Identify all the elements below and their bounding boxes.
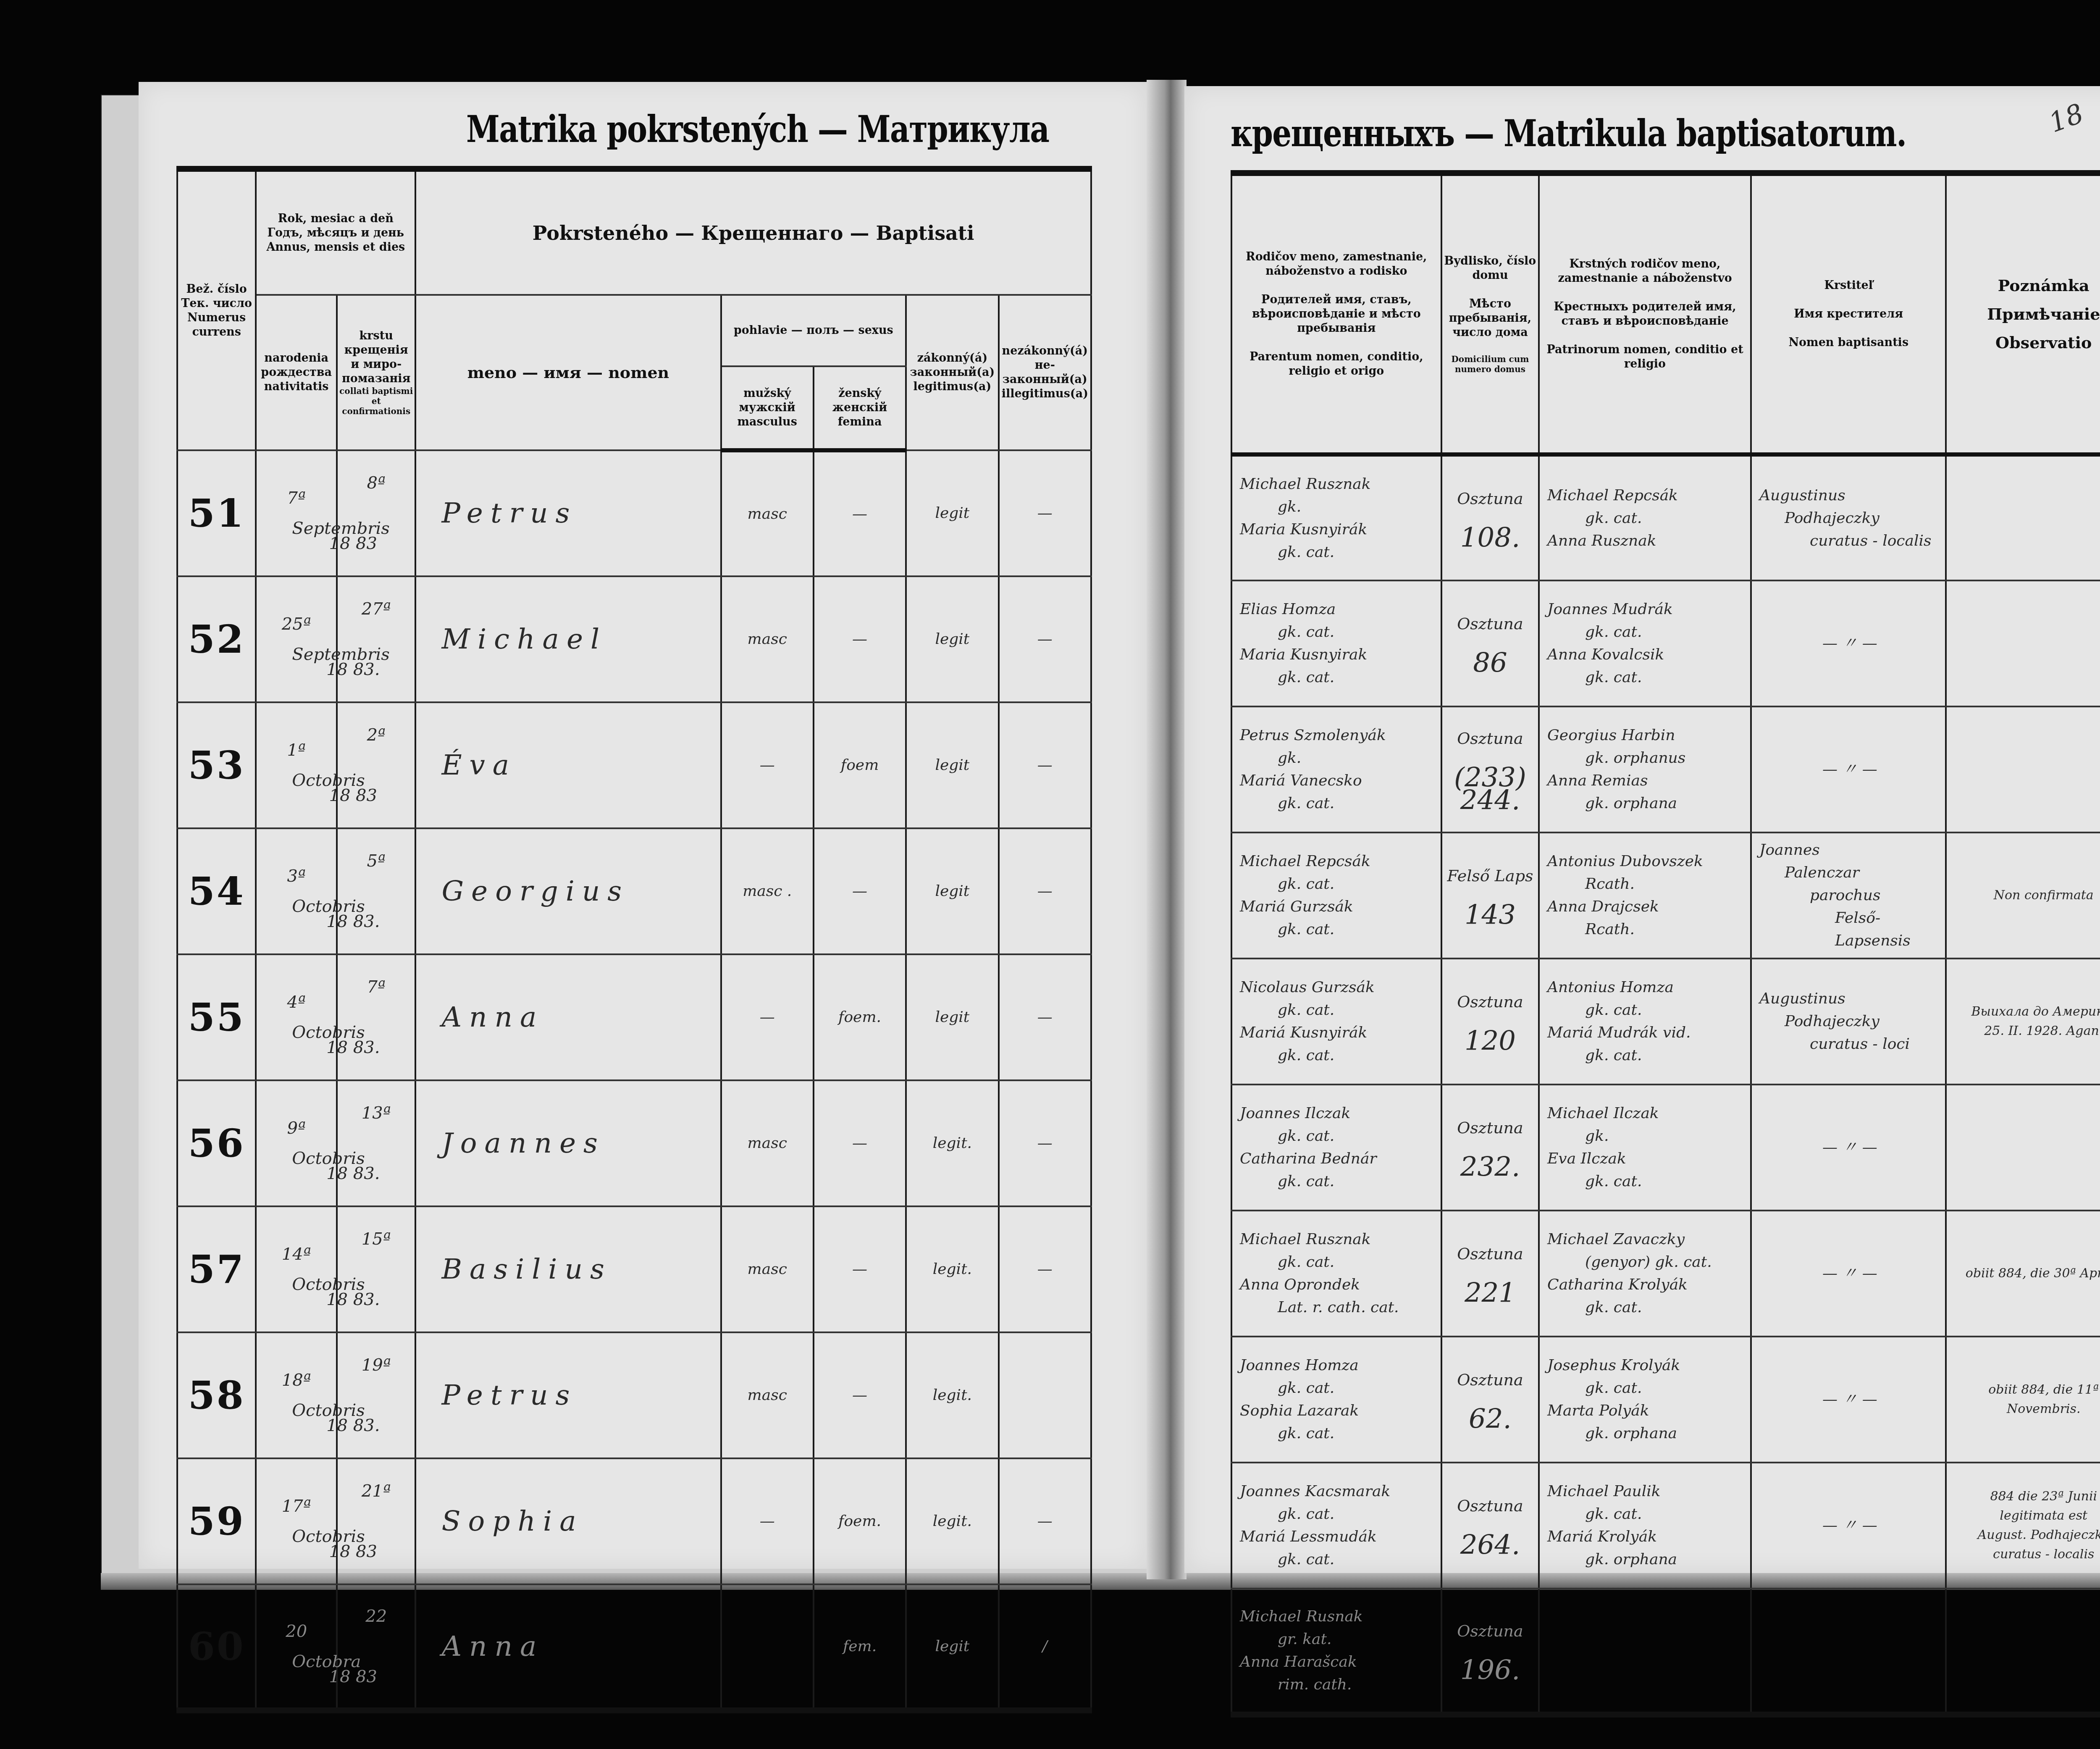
month: Octobra [292, 1647, 334, 1677]
domicile-cell: Osztuna 86 [1441, 580, 1539, 706]
birth-day: 18ª [258, 1365, 334, 1395]
illegitimate: — [999, 828, 1091, 954]
domicile-place: Osztuna [1457, 489, 1523, 508]
godparents-cell: Joannes Mudrákgk. cat.Anna Kovalcsikgk. … [1539, 580, 1751, 706]
domicile-cell: Osztuna 232. [1441, 1085, 1539, 1211]
birth-day: 4ª [258, 987, 334, 1017]
parents-cell: Michael Rusznakgk.Maria Kusnyirákgk. cat… [1231, 454, 1441, 580]
godparents-line: gk. [1547, 1125, 1748, 1148]
notes-cell [1946, 454, 2100, 580]
domicile-cell: Osztuna (233) 244. [1441, 706, 1539, 832]
parents-line: gk. cat. [1240, 1503, 1439, 1526]
illegitimate: — [999, 1206, 1091, 1332]
register-row-right: Michael Repcsákgk. cat.Mariá Gurzsákgk. … [1231, 832, 2100, 959]
baptiser-cell: — 〃 — [1751, 1337, 1946, 1463]
parents-cell: Joannes Ilczakgk. cat.Catharina Bednárgk… [1231, 1085, 1441, 1211]
parents-line: Anna Harašcak [1240, 1651, 1439, 1673]
right-page-title: крещенныхъ — Matrikula baptisatorum. [1231, 111, 1906, 155]
godparents-line: (genyor) gk. cat. [1547, 1251, 1748, 1274]
sex-male: masc [721, 1332, 814, 1458]
parents-line: Joannes Ilczak [1240, 1102, 1439, 1125]
parents-line: Nicolaus Gurzsák [1240, 976, 1439, 999]
godparents-cell: Josephus Krolyákgk. cat.Marta Polyákgk. … [1539, 1337, 1751, 1463]
baptiser-line: — 〃 — [1759, 1388, 1944, 1411]
header-illegit: nezákonný(á) не-законный(а) illegitimus(… [999, 295, 1091, 450]
domicile-place: Osztuna [1457, 993, 1523, 1011]
parents-line: gk. cat. [1240, 541, 1439, 564]
baptism-date-cell: 19ª 18 83. [337, 1332, 415, 1458]
baptism-day: 22 [339, 1601, 413, 1631]
legitimate: legit [906, 1584, 998, 1710]
baptiser-line: — 〃 — [1759, 758, 1944, 781]
godparents-line: Mariá Mudrák vid. [1547, 1022, 1748, 1044]
godparents-cell: Antonius Homzagk. cat.Mariá Mudrák vid.g… [1539, 959, 1751, 1085]
register-row-right: Michael Rusnakgr. kat.Anna Harašcakrim. … [1231, 1589, 2100, 1715]
house-number: 232. [1444, 1156, 1536, 1179]
month: Octobris [292, 1521, 334, 1552]
note-line: Выихала до Америки. [1948, 1002, 2100, 1022]
notes-cell [1946, 1085, 2100, 1211]
house-number: 264. [1444, 1534, 1536, 1557]
notes-cell [1946, 1589, 2100, 1715]
illegitimate: — [999, 450, 1091, 576]
house-number: 143 [1444, 904, 1536, 927]
godparents-line: Marta Polyák [1547, 1400, 1748, 1422]
parents-line: rim. cath. [1240, 1673, 1439, 1696]
parents-line: gk. cat. [1240, 1377, 1439, 1400]
baptiser-cell: — 〃 — [1751, 1211, 1946, 1337]
sex-female: foem [814, 702, 906, 828]
parents-line: Elias Homza [1240, 598, 1439, 621]
left-ledger-table: Bež. číslo Тек. число Numerus currens Ro… [176, 166, 1092, 1713]
parents-line: gk. cat. [1240, 666, 1439, 689]
parents-cell: Michael Rusnakgr. kat.Anna Harašcakrim. … [1231, 1589, 1441, 1715]
child-name: Éva [415, 702, 721, 828]
house-number: 120 [1444, 1030, 1536, 1053]
register-row-right: Joannes Homzagk. cat.Sophia Lazarakgk. c… [1231, 1337, 2100, 1463]
baptism-date-cell: 15ª 18 83. [337, 1206, 415, 1332]
parents-line: gk. cat. [1240, 873, 1439, 896]
sex-male: masc . [721, 828, 814, 954]
baptism-day: 8ª [339, 468, 413, 498]
baptiser-cell: AugustinusPodhajeczkycuratus - localis [1751, 454, 1946, 580]
house-number: 108. [1444, 527, 1536, 549]
sex-male: — [721, 954, 814, 1080]
note-line: curatus - localis [1948, 1545, 2100, 1564]
godparents-line: gk. cat. [1547, 621, 1748, 643]
register-row-right: Petrus Szmolenyákgk.Mariá Vanecskogk. ca… [1231, 706, 2100, 832]
sex-male: — [721, 702, 814, 828]
left-page: Matrika pokrstených — Матрикула Bež. čís… [139, 82, 1147, 1569]
baptiser-cell: — 〃 — [1751, 706, 1946, 832]
register-row-left: 60 20 Octobra 22 18 83 Annafem.legit/ [177, 1584, 1091, 1710]
godparents-cell: Georgius Harbingk. orphanusAnna Remiasgk… [1539, 706, 1751, 832]
row-number: 60 [177, 1584, 256, 1710]
domicile-place: Osztuna [1457, 1622, 1523, 1640]
domicile-place: Osztuna [1457, 1497, 1523, 1515]
parents-line: gk. cat. [1240, 918, 1439, 941]
notes-cell [1946, 706, 2100, 832]
register-row-left: 59 17ª Octobris 21ª 18 83 Sophia—foem.le… [177, 1458, 1091, 1584]
parents-line: gk. cat. [1240, 1170, 1439, 1193]
parents-line: Catharina Bednár [1240, 1148, 1439, 1170]
baptiser-line: Podhajeczky [1759, 1010, 1944, 1033]
sex-female: — [814, 1206, 906, 1332]
baptiser-line: Augustinus [1759, 484, 1944, 507]
register-row-right: Nicolaus Gurzsákgk. cat.Mariá Kusnyirákg… [1231, 959, 2100, 1085]
parents-line: gk. [1240, 496, 1439, 518]
child-name: Basilius [415, 1206, 721, 1332]
domicile-place: Felső Laps [1447, 867, 1533, 885]
godparents-line: Antonius Dubovszek [1547, 850, 1748, 873]
header-female: ženský женскій femina [814, 366, 906, 450]
baptism-date-cell: 22 18 83 [337, 1584, 415, 1710]
domicile-place: Osztuna [1457, 615, 1523, 633]
row-number: 55 [177, 954, 256, 1080]
child-name: Michael [415, 576, 721, 702]
register-row-right: Joannes Kacsmarakgk. cat.Mariá Lessmudák… [1231, 1463, 2100, 1589]
child-name: Petrus [415, 450, 721, 576]
sex-female: — [814, 828, 906, 954]
birth-day: 14ª [258, 1239, 334, 1269]
header-notes: Poznámka Примѣчаніе Observatio [1946, 173, 2100, 454]
sex-female: foem. [814, 954, 906, 1080]
legitimate: legit [906, 576, 998, 702]
godparents-line: gk. cat. [1547, 507, 1748, 530]
baptiser-cell: JoannesPalenczarparochusFelső-Lapsensis [1751, 832, 1946, 959]
parents-cell: Elias Homzagk. cat.Maria Kusnyirakgk. ca… [1231, 580, 1441, 706]
godparents-line: gk. orphanus [1547, 747, 1748, 769]
illegitimate: — [999, 1458, 1091, 1584]
notes-cell: Выихала до Америки.25. II. 1928. Agan. [1946, 959, 2100, 1085]
godparents-line: Rcath. [1547, 873, 1748, 896]
register-row-left: 53 1ª Octobris 2ª 18 83 Éva—foemlegit— [177, 702, 1091, 828]
notes-cell: obiit 884, die 30ª Aprilis [1946, 1211, 2100, 1337]
note-line: obiit 884, die 30ª Aprilis [1948, 1264, 2100, 1283]
house-number: 196. [1444, 1659, 1536, 1682]
header-parents: Rodičov meno, zamestnanie, náboženstvo a… [1231, 173, 1441, 454]
row-number: 58 [177, 1332, 256, 1458]
baptism-date-cell: 27ª 18 83. [337, 576, 415, 702]
note-line: August. Podhajeczky [1948, 1526, 2100, 1545]
parents-line: Lat. r. cath. cat. [1240, 1296, 1439, 1319]
baptiser-line: Palenczar [1759, 861, 1944, 884]
baptiser-cell: — 〃 — [1751, 580, 1946, 706]
parents-line: gk. cat. [1240, 1251, 1439, 1274]
header-legit: zákonný(á) законный(а) legitimus(a) [906, 295, 998, 450]
baptiser-line: curatus - loci [1759, 1033, 1944, 1056]
domicile-place: Osztuna [1457, 729, 1523, 748]
register-row-left: 57 14ª Octobris 15ª 18 83. Basiliusmasc—… [177, 1206, 1091, 1332]
sex-female: — [814, 576, 906, 702]
register-row-right: Michael Rusznakgk.Maria Kusnyirákgk. cat… [1231, 454, 2100, 580]
godparents-line: Joannes Mudrák [1547, 598, 1748, 621]
book-spine [1147, 80, 1186, 1579]
godparents-line: gk. orphana [1547, 1548, 1748, 1571]
sex-female: foem. [814, 1458, 906, 1584]
notes-cell: obiit 884, die 11ªNovembris. [1946, 1337, 2100, 1463]
birth-day: 17ª [258, 1491, 334, 1521]
domicile-place: Osztuna [1457, 1371, 1523, 1389]
godparents-line: Rcath. [1547, 918, 1748, 941]
godparents-cell [1539, 1589, 1751, 1715]
godparents-line: Mariá Krolyák [1547, 1526, 1748, 1548]
legitimate: legit. [906, 1080, 998, 1206]
parents-cell: Joannes Kacsmarakgk. cat.Mariá Lessmudák… [1231, 1463, 1441, 1589]
header-baptised-group: Pokrsteného — Крещеннаго — Baptisati [415, 169, 1091, 295]
header-name: meno — имя — nomen [415, 295, 721, 450]
parents-line: Joannes Kacsmarak [1240, 1480, 1439, 1503]
godparents-line: gk. orphana [1547, 792, 1748, 815]
baptiser-line: — 〃 — [1759, 1262, 1944, 1285]
baptiser-line: — 〃 — [1759, 1136, 1944, 1159]
note-line: obiit 884, die 11ª [1948, 1380, 2100, 1400]
godparents-line: Michael Paulik [1547, 1480, 1748, 1503]
parents-cell: Michael Repcsákgk. cat.Mariá Gurzsákgk. … [1231, 832, 1441, 959]
godparents-line: Anna Kovalcsik [1547, 643, 1748, 666]
godparents-line: Michael Zavaczky [1547, 1228, 1748, 1251]
illegitimate: — [999, 576, 1091, 702]
right-page: крещенныхъ — Matrikula baptisatorum. 18 … [1184, 86, 2100, 1573]
child-name: Georgius [415, 828, 721, 954]
parents-cell: Nicolaus Gurzsákgk. cat.Mariá Kusnyirákg… [1231, 959, 1441, 1085]
parents-line: Mariá Vanecsko [1240, 769, 1439, 792]
godparents-line: gk. cat. [1547, 1296, 1748, 1319]
godparents-line: gk. cat. [1547, 1377, 1748, 1400]
note-line: 25. II. 1928. Agan. [1948, 1022, 2100, 1041]
domicile-place: Osztuna [1457, 1119, 1523, 1137]
register-row-right: Elias Homzagk. cat.Maria Kusnyirakgk. ca… [1231, 580, 2100, 706]
baptism-date-cell: 8ª 18 83 [337, 450, 415, 576]
godparents-line: Josephus Krolyák [1547, 1354, 1748, 1377]
baptiser-line: Felső-Lapsensis [1759, 907, 1944, 952]
parents-line: Michael Rusznak [1240, 1228, 1439, 1251]
baptiser-cell: — 〃 — [1751, 1463, 1946, 1589]
domicile-cell: Osztuna 196. [1441, 1589, 1539, 1715]
notes-cell [1946, 580, 2100, 706]
godparents-cell: Michael Paulikgk. cat.Mariá Krolyákgk. o… [1539, 1463, 1751, 1589]
illegitimate: — [999, 1080, 1091, 1206]
baptiser-line: Podhajeczky [1759, 507, 1944, 530]
row-number: 59 [177, 1458, 256, 1584]
parents-line: gk. cat. [1240, 792, 1439, 815]
sex-male: masc [721, 450, 814, 576]
baptism-day: 19ª [339, 1350, 413, 1380]
domicile-cell: Osztuna 108. [1441, 454, 1539, 580]
baptism-day: 2ª [339, 720, 413, 750]
sex-female: — [814, 1080, 906, 1206]
house-number: 221 [1444, 1282, 1536, 1305]
left-page-title: Matrika pokrstených — Матрикула [466, 107, 1049, 151]
child-name: Anna [415, 1584, 721, 1710]
birth-day: 1ª [258, 735, 334, 765]
register-row-left: 54 3ª Octobris 5ª 18 83. Georgiusmasc .—… [177, 828, 1091, 954]
legitimate: legit [906, 450, 998, 576]
sex-female: — [814, 1332, 906, 1458]
header-numerus: Bež. číslo Тек. число Numerus currens [177, 169, 256, 450]
baptism-date-cell: 13ª 18 83. [337, 1080, 415, 1206]
parents-line: gk. cat. [1240, 1422, 1439, 1445]
godparents-line: Michael Ilczak [1547, 1102, 1748, 1125]
note-line: Novembris. [1948, 1400, 2100, 1419]
sex-male: masc [721, 576, 814, 702]
baptism-day: 27ª [339, 594, 413, 624]
baptism-day: 7ª [339, 972, 413, 1002]
godparents-line: Anna Drajcsek [1547, 896, 1748, 918]
baptiser-line: parochus [1759, 884, 1944, 907]
parents-line: Petrus Szmolenyák [1240, 724, 1439, 747]
parents-line: gk. [1240, 747, 1439, 769]
register-row-left: 51 7ª Septembris 8ª 18 83 Petrusmasc—leg… [177, 450, 1091, 576]
godparents-line: gk. cat. [1547, 1044, 1748, 1067]
header-date-group: Rok, mesiac a deň Годъ, мѣсяцъ и день An… [256, 169, 415, 295]
row-number: 53 [177, 702, 256, 828]
domicile-cell: Osztuna 264. [1441, 1463, 1539, 1589]
parents-line: gk. cat. [1240, 621, 1439, 643]
domicile-cell: Osztuna 120 [1441, 959, 1539, 1085]
header-male: mužský мужскій masculus [721, 366, 814, 450]
notes-cell: Non confirmata [1946, 832, 2100, 959]
header-birth: narodenia рождества nativitatis [256, 295, 337, 450]
legitimate: legit [906, 702, 998, 828]
birth-day: 7ª [258, 483, 334, 513]
godparents-line: Michael Repcsák [1547, 484, 1748, 507]
domicile-place: Osztuna [1457, 1245, 1523, 1263]
page-number: 18 [2045, 98, 2087, 139]
godparents-line: Georgius Harbin [1547, 724, 1748, 747]
register-row-left: 56 9ª Octobris 13ª 18 83. Joannesmasc—le… [177, 1080, 1091, 1206]
domicile-cell: Osztuna 221 [1441, 1211, 1539, 1337]
parents-line: Michael Rusnak [1240, 1605, 1439, 1628]
legitimate: legit. [906, 1206, 998, 1332]
parents-line: Mariá Gurzsák [1240, 896, 1439, 918]
child-name: Sophia [415, 1458, 721, 1584]
row-number: 56 [177, 1080, 256, 1206]
register-row-left: 55 4ª Octobris 7ª 18 83. Anna—foem.legit… [177, 954, 1091, 1080]
parents-line: gk. cat. [1240, 1548, 1439, 1571]
baptism-day: 21ª [339, 1476, 413, 1506]
note-line: 884 die 23ª Junii [1948, 1487, 2100, 1506]
parents-line: Maria Kusnyirák [1240, 518, 1439, 541]
parents-cell: Michael Rusznakgk. cat.Anna OprondekLat.… [1231, 1211, 1441, 1337]
baptism-day: 5ª [339, 846, 413, 876]
month: Octobris [292, 765, 334, 796]
birth-day: 20 [258, 1616, 334, 1647]
parents-line: gk. cat. [1240, 1125, 1439, 1148]
godparents-cell: Michael Zavaczky(genyor) gk. cat.Cathari… [1539, 1211, 1751, 1337]
godparents-line: gk. cat. [1547, 1170, 1748, 1193]
parents-cell: Joannes Homzagk. cat.Sophia Lazarakgk. c… [1231, 1337, 1441, 1463]
house-number: 86 [1444, 652, 1536, 675]
legitimate: legit [906, 954, 998, 1080]
illegitimate: — [999, 702, 1091, 828]
month: Septembris [292, 513, 334, 544]
legitimate: legit [906, 828, 998, 954]
row-number: 52 [177, 576, 256, 702]
right-ledger-table: Rodičov meno, zamestnanie, náboženstvo a… [1231, 170, 2100, 1717]
godparents-line: gk. cat. [1547, 1503, 1748, 1526]
godparents-line: gk. cat. [1547, 999, 1748, 1022]
baptiser-cell: AugustinusPodhajeczkycuratus - loci [1751, 959, 1946, 1085]
parents-cell: Petrus Szmolenyákgk.Mariá Vanecskogk. ca… [1231, 706, 1441, 832]
row-number: 51 [177, 450, 256, 576]
baptiser-line: — 〃 — [1759, 1514, 1944, 1537]
baptism-date-cell: 21ª 18 83 [337, 1458, 415, 1584]
legitimate: legit. [906, 1458, 998, 1584]
register-row-left: 52 25ª Septembris 27ª 18 83. Michaelmasc… [177, 576, 1091, 702]
parents-line: gk. cat. [1240, 999, 1439, 1022]
sex-female: fem. [814, 1584, 906, 1710]
godparents-cell: Michael Ilczakgk.Eva Ilczakgk. cat. [1539, 1085, 1751, 1211]
parents-line: Joannes Homza [1240, 1354, 1439, 1377]
register-row-left: 58 18ª Octobris 19ª 18 83. Petrusmasc—le… [177, 1332, 1091, 1458]
birth-day: 9ª [258, 1113, 334, 1143]
illegitimate: / [999, 1584, 1091, 1710]
parents-line: Anna Oprondek [1240, 1274, 1439, 1296]
baptism-date-cell: 7ª 18 83. [337, 954, 415, 1080]
godparents-line: Catharina Krolyák [1547, 1274, 1748, 1296]
godparents-line: Anna Rusznak [1547, 530, 1748, 552]
note-line: legitimata est [1948, 1506, 2100, 1526]
sex-male: masc [721, 1206, 814, 1332]
header-sex-group: pohlavie — полъ — sexus [721, 295, 906, 366]
godparents-line: Anna Remias [1547, 769, 1748, 792]
baptiser-line: curatus - localis [1759, 530, 1944, 552]
row-number: 54 [177, 828, 256, 954]
child-name: Anna [415, 954, 721, 1080]
header-baptiser: Krstiteľ Имя крестителя Nomen baptisanti… [1751, 173, 1946, 454]
sex-female: — [814, 450, 906, 576]
child-name: Joannes [415, 1080, 721, 1206]
baptism-day: 13ª [339, 1098, 413, 1128]
register-row-right: Joannes Ilczakgk. cat.Catharina Bednárgk… [1231, 1085, 2100, 1211]
birth-day: 25ª [258, 609, 334, 639]
birth-day: 3ª [258, 861, 334, 891]
parents-line: Michael Rusznak [1240, 473, 1439, 496]
sex-male: masc [721, 1080, 814, 1206]
sex-male: — [721, 1458, 814, 1584]
parents-line: Maria Kusnyirak [1240, 643, 1439, 666]
domicile-cell: Felső Laps 143 [1441, 832, 1539, 959]
baptism-date-cell: 2ª 18 83 [337, 702, 415, 828]
baptiser-line: — 〃 — [1759, 632, 1944, 655]
godparents-cell: Antonius DubovszekRcath.Anna DrajcsekRca… [1539, 832, 1751, 959]
sex-male [721, 1584, 814, 1710]
house-number: (233) 244. [1444, 767, 1536, 812]
note-line: Non confirmata [1948, 886, 2100, 905]
parents-line: Mariá Kusnyirák [1240, 1022, 1439, 1044]
godparents-cell: Michael Repcsákgk. cat.Anna Rusznak [1539, 454, 1751, 580]
parents-line: gk. cat. [1240, 1044, 1439, 1067]
illegitimate: — [999, 954, 1091, 1080]
header-baptism: krstu крещенія и миро-помазанія collati … [337, 295, 415, 450]
header-godparents: Krstných rodičov meno, zamestnanie a náb… [1539, 173, 1751, 454]
baptism-date-cell: 5ª 18 83. [337, 828, 415, 954]
godparents-line: gk. orphana [1547, 1422, 1748, 1445]
legitimate: legit. [906, 1332, 998, 1458]
parents-line: Mariá Lessmudák [1240, 1526, 1439, 1548]
illegitimate [999, 1332, 1091, 1458]
domicile-cell: Osztuna 62. [1441, 1337, 1539, 1463]
child-name: Petrus [415, 1332, 721, 1458]
parents-line: gr. kat. [1240, 1628, 1439, 1651]
parents-line: Sophia Lazarak [1240, 1400, 1439, 1422]
godparents-line: Antonius Homza [1547, 976, 1748, 999]
notes-cell: 884 die 23ª Juniilegitimata estAugust. P… [1946, 1463, 2100, 1589]
baptiser-line: Augustinus [1759, 987, 1944, 1010]
baptism-day: 15ª [339, 1224, 413, 1254]
godparents-line: gk. cat. [1547, 666, 1748, 689]
